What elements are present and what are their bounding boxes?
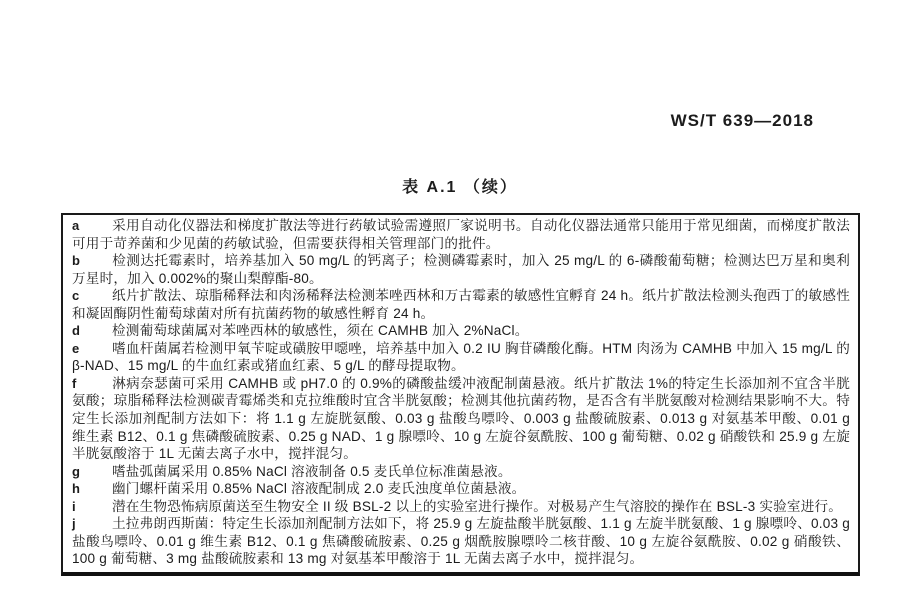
footnote-item: d检测葡萄球菌属对苯唑西林的敏感性，须在 CAMHB 加入 2%NaCl。: [72, 322, 850, 340]
footnote-item: e嗜血杆菌属若检测甲氧苄啶或磺胺甲噁唑，培养基中加入 0.2 IU 胸苷磷酸化酶…: [72, 340, 850, 375]
footnote-label: e: [72, 340, 112, 358]
footnote-label: d: [72, 322, 112, 340]
footnote-label: i: [72, 498, 112, 516]
footnote-item: c纸片扩散法、琼脂稀释法和肉汤稀释法检测苯唑西林和万古霉素的敏感性宜孵育 24 …: [72, 287, 850, 322]
footnote-text: 采用自动化仪器法和梯度扩散法等进行药敏试验需遵照厂家说明书。自动化仪器法通常只能…: [72, 218, 850, 251]
footnote-item: f淋病奈瑟菌可采用 CAMHB 或 pH7.0 的 0.9%的磷酸盐缓冲液配制菌…: [72, 375, 850, 463]
footnote-label: j: [72, 515, 112, 533]
table-footnotes-box: a采用自动化仪器法和梯度扩散法等进行药敏试验需遵照厂家说明书。自动化仪器法通常只…: [61, 213, 860, 576]
table-title: 表 A.1 （续）: [0, 174, 900, 197]
footnote-label: h: [72, 480, 112, 498]
footnote-item: j土拉弗朗西斯菌：特定生长添加剂配制方法如下，将 25.9 g 左旋盐酸半胱氨酸…: [72, 515, 850, 568]
footnote-label: c: [72, 287, 112, 305]
footnote-text: 检测葡萄球菌属对苯唑西林的敏感性，须在 CAMHB 加入 2%NaCl。: [112, 323, 529, 338]
footnote-text: 土拉弗朗西斯菌：特定生长添加剂配制方法如下，将 25.9 g 左旋盐酸半胱氨酸、…: [72, 516, 850, 566]
footnote-label: g: [72, 463, 112, 481]
footnote-text: 幽门螺杆菌采用 0.85% NaCl 溶液配制成 2.0 麦氏浊度单位菌悬液。: [112, 481, 525, 496]
footnote-text: 检测达托霉素时，培养基加入 50 mg/L 的钙离子；检测磷霉素时，加入 25 …: [72, 253, 850, 286]
footnote-item: b检测达托霉素时，培养基加入 50 mg/L 的钙离子；检测磷霉素时，加入 25…: [72, 252, 850, 287]
document-page: WS/T 639—2018 表 A.1 （续） a采用自动化仪器法和梯度扩散法等…: [0, 0, 900, 592]
footnote-item: h幽门螺杆菌采用 0.85% NaCl 溶液配制成 2.0 麦氏浊度单位菌悬液。: [72, 480, 850, 498]
footnote-text: 淋病奈瑟菌可采用 CAMHB 或 pH7.0 的 0.9%的磷酸盐缓冲液配制菌悬…: [72, 376, 850, 461]
footnote-item: g嗜盐弧菌属采用 0.85% NaCl 溶液制备 0.5 麦氏单位标准菌悬液。: [72, 463, 850, 481]
footnote-text: 嗜血杆菌属若检测甲氧苄啶或磺胺甲噁唑，培养基中加入 0.2 IU 胸苷磷酸化酶。…: [72, 341, 850, 374]
footnote-text: 纸片扩散法、琼脂稀释法和肉汤稀释法检测苯唑西林和万古霉素的敏感性宜孵育 24 h…: [72, 288, 850, 321]
footnote-label: a: [72, 217, 112, 235]
footnote-text: 潜在生物恐怖病原菌送至生物安全 II 级 BSL-2 以上的实验室进行操作。对极…: [112, 499, 842, 514]
footnote-item: i潜在生物恐怖病原菌送至生物安全 II 级 BSL-2 以上的实验室进行操作。对…: [72, 498, 850, 516]
footnote-label: f: [72, 375, 112, 393]
footnote-text: 嗜盐弧菌属采用 0.85% NaCl 溶液制备 0.5 麦氏单位标准菌悬液。: [112, 464, 512, 479]
standard-number-header: WS/T 639—2018: [671, 111, 814, 131]
footnote-label: b: [72, 252, 112, 270]
footnote-item: a采用自动化仪器法和梯度扩散法等进行药敏试验需遵照厂家说明书。自动化仪器法通常只…: [72, 217, 850, 252]
